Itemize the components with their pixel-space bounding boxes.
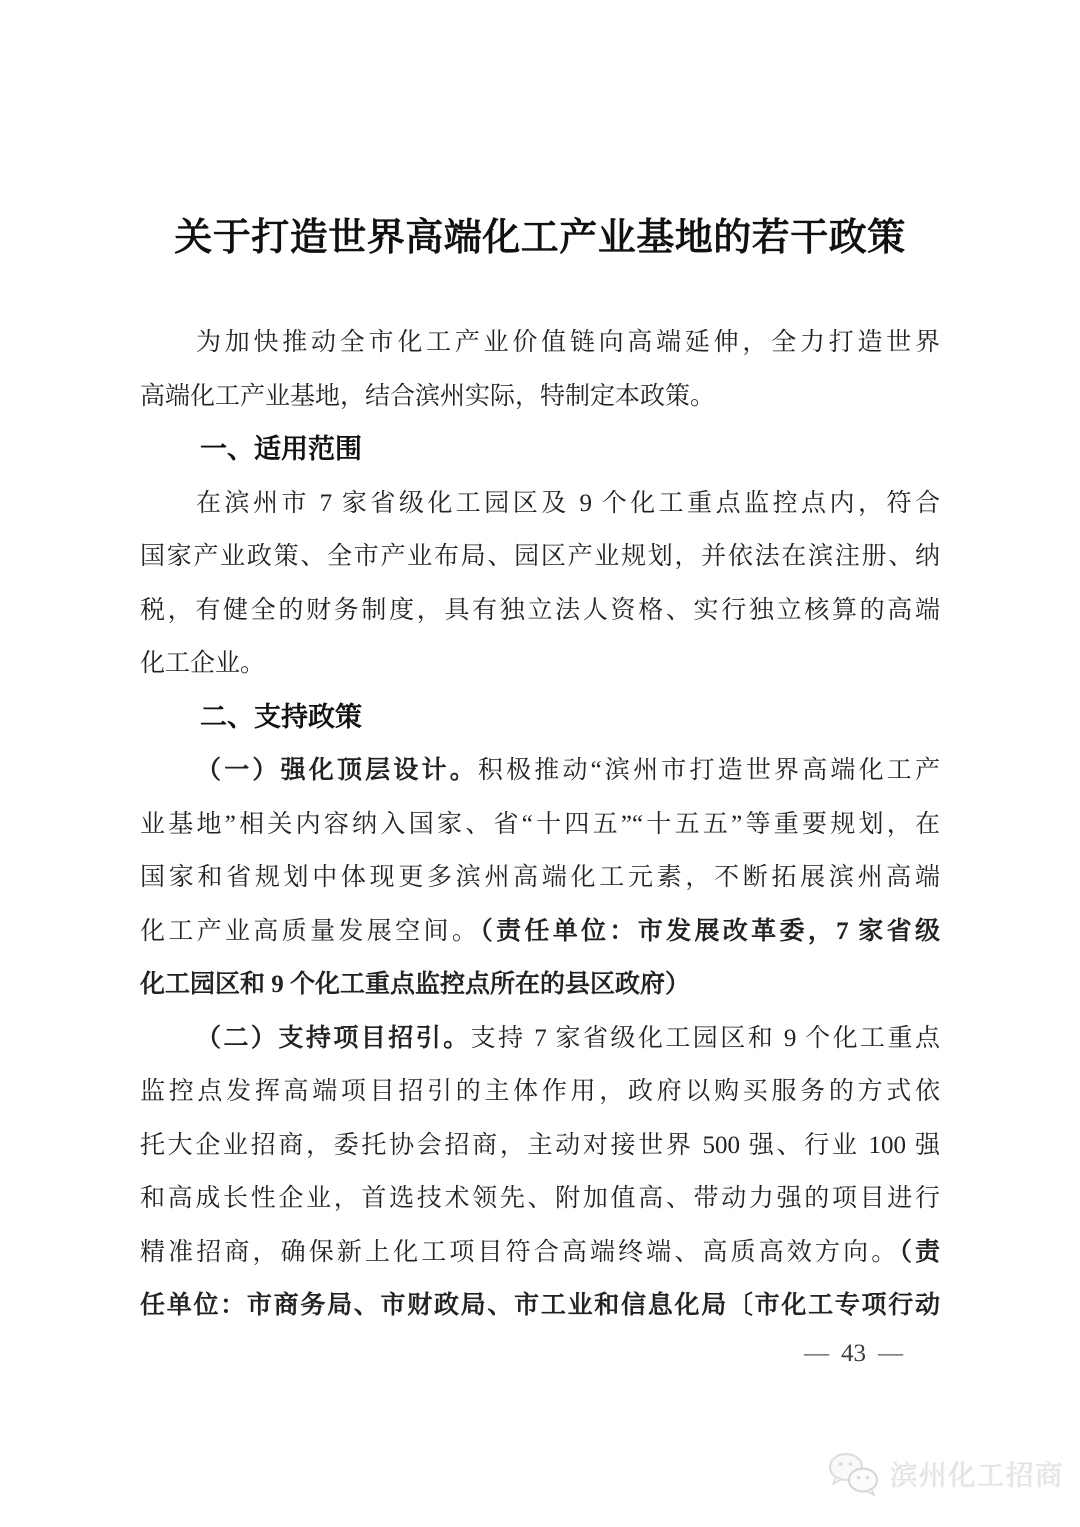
text-segment: 精准招商，确保新上化工项目符合高端终端、高质高效方向。	[140, 1239, 899, 1266]
document-page: 关于打造世界高端化工产业基地的若干政策 为加快推动全市化工产业价值链向高端延伸，…	[0, 0, 1080, 1527]
text-segment: 支持 7 家省级化工园区和 9 个化工重点	[471, 1025, 940, 1052]
text-line: 为加快推动全市化工产业价值链向高端延伸，全力打造世界	[140, 316, 940, 370]
text-segment: 国家产业政策、全市产业布局、园区产业规划，并依法在滨注册、纳	[140, 543, 940, 570]
text-segment: 业基地”相关内容纳入国家、省“十四五”“十五五”等重要规划，在	[140, 811, 940, 838]
text-segment: （责	[899, 1239, 940, 1266]
text-line: （一）强化顶层设计。积极推动“滨州市打造世界高端化工产	[140, 744, 940, 798]
text-segment: 在滨州市 7 家省级化工园区及 9 个化工重点监控点内，符合	[196, 490, 940, 517]
document-body: 为加快推动全市化工产业价值链向高端延伸，全力打造世界高端化工产业基地，结合滨州实…	[140, 316, 940, 1333]
text-segment: 化工园区和 9 个化工重点监控点所在的县区政府）	[140, 971, 690, 998]
text-segment: （责任单位：市发展改革委，7 家省级	[480, 918, 940, 945]
text-segment: 国家和省规划中体现更多滨州高端化工元素，不断拓展滨州高端	[140, 864, 940, 891]
text-segment: 为加快推动全市化工产业价值链向高端延伸，全力打造世界	[196, 329, 940, 356]
text-line: 高端化工产业基地，结合滨州实际，特制定本政策。	[140, 370, 940, 424]
text-segment: （一）强化顶层设计。	[196, 757, 478, 784]
text-segment: 化工产业高质量发展空间。	[140, 918, 480, 945]
text-line: 在滨州市 7 家省级化工园区及 9 个化工重点监控点内，符合	[140, 477, 940, 531]
text-segment: （二）支持项目招引。	[196, 1025, 471, 1052]
text-segment: 积极推动“滨州市打造世界高端化工产	[478, 757, 940, 784]
document-title: 关于打造世界高端化工产业基地的若干政策	[0, 206, 1080, 261]
text-segment: 和高成长性企业，首选技术领先、附加值高、带动力强的项目进行	[140, 1185, 940, 1212]
text-line: 化工产业高质量发展空间。（责任单位：市发展改革委，7 家省级	[140, 905, 940, 959]
text-segment: 一、适用范围	[200, 434, 362, 464]
text-line: 国家产业政策、全市产业布局、园区产业规划，并依法在滨注册、纳	[140, 530, 940, 584]
text-line: 化工园区和 9 个化工重点监控点所在的县区政府）	[140, 958, 940, 1012]
text-segment: 化工企业。	[140, 650, 265, 677]
text-line: 监控点发挥高端项目招引的主体作用，政府以购买服务的方式依	[140, 1065, 940, 1119]
text-line: 国家和省规划中体现更多滨州高端化工元素，不断拓展滨州高端	[140, 851, 940, 905]
page-number-value: 43	[841, 1340, 866, 1367]
text-line: （二）支持项目招引。支持 7 家省级化工园区和 9 个化工重点	[140, 1012, 940, 1066]
page-number: —43—	[792, 1336, 915, 1372]
text-line: 任单位：市商务局、市财政局、市工业和信息化局〔市化工专项行动	[140, 1279, 940, 1333]
text-segment: 二、支持政策	[200, 702, 362, 732]
brand-watermark: 滨州化工招商	[826, 1450, 1064, 1498]
text-segment: 托大企业招商，委托协会招商，主动对接世界 500 强、行业 100 强	[140, 1132, 940, 1159]
text-line: 化工企业。	[140, 637, 940, 691]
text-line: 和高成长性企业，首选技术领先、附加值高、带动力强的项目进行	[140, 1172, 940, 1226]
text-segment: 高端化工产业基地，结合滨州实际，特制定本政策。	[140, 383, 715, 410]
text-line: 精准招商，确保新上化工项目符合高端终端、高质高效方向。（责	[140, 1226, 940, 1280]
section-heading: 一、适用范围	[140, 423, 940, 477]
section-heading: 二、支持政策	[140, 691, 940, 745]
brand-watermark-label: 滨州化工招商	[890, 1454, 1064, 1494]
page-number-dash-left: —	[804, 1340, 829, 1367]
text-line: 托大企业招商，委托协会招商，主动对接世界 500 强、行业 100 强	[140, 1119, 940, 1173]
text-segment: 任单位：市商务局、市财政局、市工业和信息化局〔市化工专项行动	[140, 1292, 940, 1319]
text-segment: 税，有健全的财务制度，具有独立法人资格、实行独立核算的高端	[140, 597, 940, 624]
wechat-icon	[826, 1450, 882, 1498]
text-line: 业基地”相关内容纳入国家、省“十四五”“十五五”等重要规划，在	[140, 798, 940, 852]
page-number-dash-right: —	[878, 1340, 903, 1367]
text-line: 税，有健全的财务制度，具有独立法人资格、实行独立核算的高端	[140, 584, 940, 638]
text-segment: 监控点发挥高端项目招引的主体作用，政府以购买服务的方式依	[140, 1078, 940, 1105]
